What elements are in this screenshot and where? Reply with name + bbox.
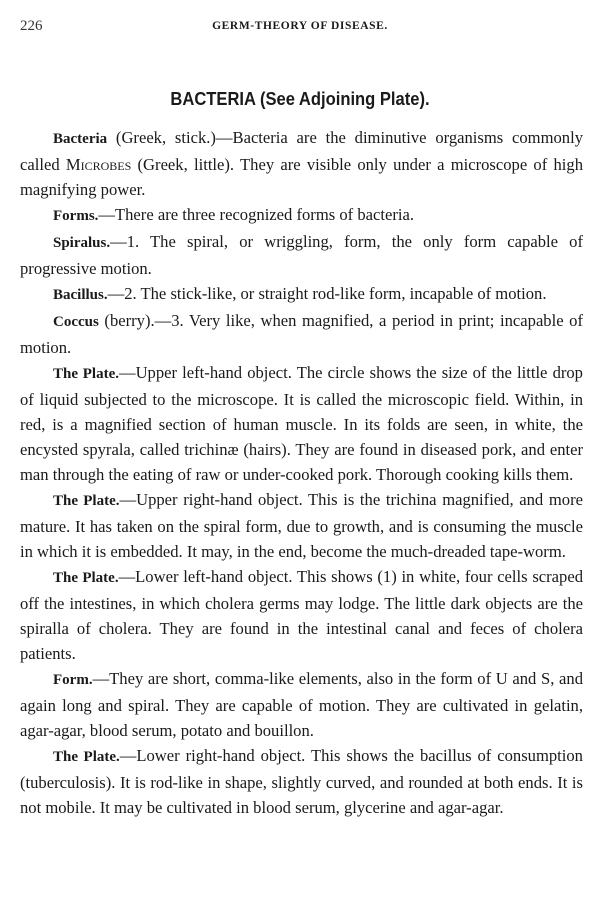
paragraph-text: —2. The stick-like, or straight rod-like… <box>108 284 547 303</box>
paragraph-lead: Form. <box>53 672 93 688</box>
paragraph-text: —There are three recognized forms of bac… <box>98 205 414 224</box>
paragraph-lead: The Plate. <box>53 366 119 382</box>
small-caps-term: Microbes <box>66 155 131 174</box>
paragraph-spiralus: Spiralus.—1. The spiral, or wriggling, f… <box>20 229 583 281</box>
paragraph-plate-upper-right: The Plate.—Upper right-hand object. This… <box>20 487 583 564</box>
paragraph-text: —They are short, comma-like elements, al… <box>20 669 583 740</box>
paragraph-lead: The Plate. <box>53 570 119 586</box>
paragraph-coccus: Coccus (berry).—3. Very like, when magni… <box>20 308 583 360</box>
body-text: Bacteria (Greek, stick.)—Bacteria are th… <box>20 125 583 820</box>
paragraph-lead: The Plate. <box>53 749 120 765</box>
paragraph-plate-lower-left: The Plate.—Lower left-hand object. This … <box>20 564 583 666</box>
paragraph-bacteria: Bacteria (Greek, stick.)—Bacteria are th… <box>20 125 583 202</box>
paragraph-plate-upper-left: The Plate.—Upper left-hand object. The c… <box>20 360 583 487</box>
running-title: GERM-THEORY OF DISEASE. <box>20 20 580 32</box>
paragraph-lead: Forms. <box>53 208 98 224</box>
paragraph-forms: Forms.—There are three recognized forms … <box>20 202 583 229</box>
book-page: 226 GERM-THEORY OF DISEASE. BACTERIA (Se… <box>0 0 600 912</box>
running-head: 226 GERM-THEORY OF DISEASE. <box>20 18 580 38</box>
paragraph-lead: Spiralus. <box>53 235 110 251</box>
paragraph-lead: Bacillus. <box>53 287 108 303</box>
paragraph-form: Form.—They are short, comma-like element… <box>20 666 583 743</box>
paragraph-lead: Bacteria <box>53 131 107 147</box>
paragraph-bacillus: Bacillus.—2. The stick-like, or straight… <box>20 281 583 308</box>
paragraph-lead: Coccus <box>53 314 99 330</box>
section-heading: BACTERIA (See Adjoining Plate). <box>24 89 576 110</box>
paragraph-lead: The Plate. <box>53 493 120 509</box>
paragraph-text: (berry).—3. Very like, when magnified, a… <box>20 311 583 357</box>
paragraph-plate-lower-right: The Plate.—Lower right-hand object. This… <box>20 743 583 820</box>
